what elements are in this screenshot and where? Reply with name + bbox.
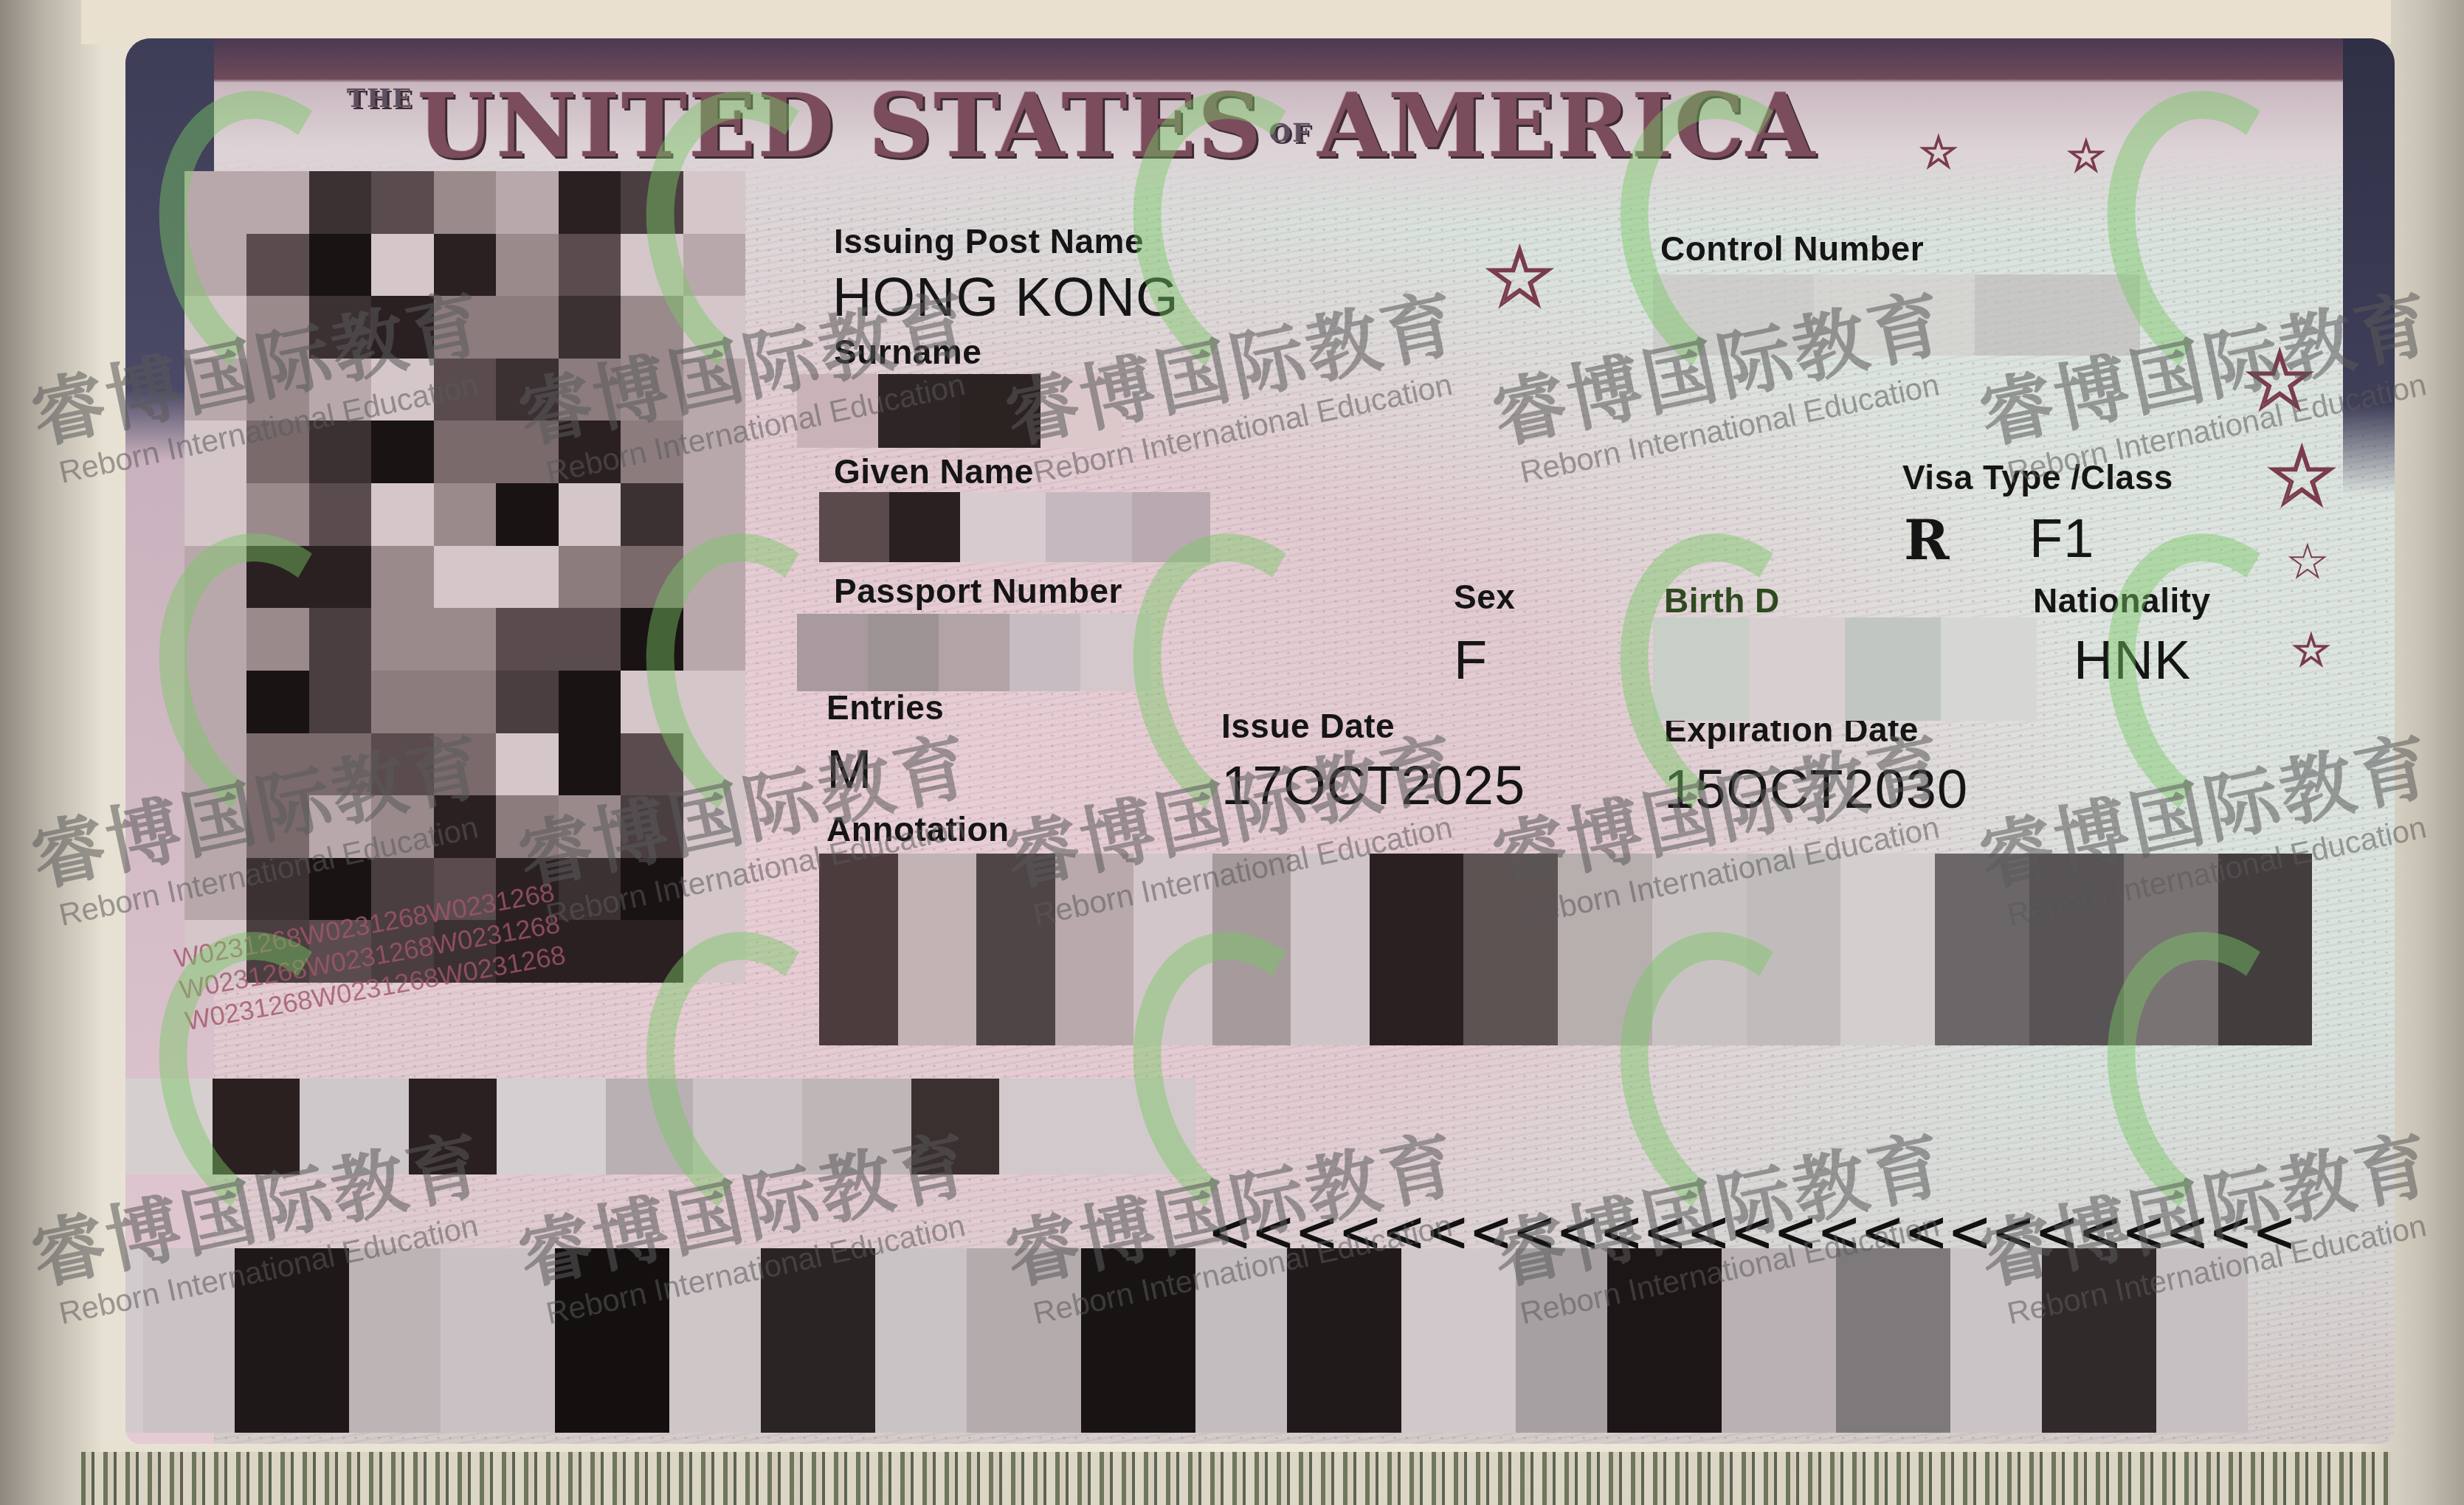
right-security-border — [2343, 38, 2395, 496]
photo-pixel — [683, 858, 745, 921]
mrz-line1-redacted — [125, 1079, 1195, 1174]
photo-pixel — [434, 546, 496, 609]
photo-pixel — [621, 858, 683, 921]
photo-pixel — [246, 733, 308, 796]
photo-pixel — [683, 421, 745, 483]
photo-pixel — [559, 421, 621, 483]
photo-pixel — [371, 795, 433, 858]
photo-pixel — [496, 171, 558, 234]
photo-pixel — [371, 296, 433, 359]
photo-pixel — [184, 671, 246, 733]
expiration-date-value: 15OCT2030 — [1664, 758, 1968, 820]
photo-pixel — [246, 671, 308, 733]
photo-pixel — [309, 296, 371, 359]
star-icon: ☆ — [2291, 629, 2331, 673]
photo-pixel — [184, 546, 246, 609]
photo-pixel — [496, 671, 558, 733]
photo-pixel — [246, 421, 308, 483]
photo-pixel — [621, 296, 683, 359]
photo-pixel — [434, 795, 496, 858]
star-icon: ☆ — [2243, 341, 2316, 422]
photo-pixel — [309, 171, 371, 234]
photo-pixel — [309, 234, 371, 297]
birth-date-label: Birth D — [1664, 581, 1780, 620]
photo-pixel — [246, 483, 308, 546]
photo-pixel — [559, 858, 621, 921]
photo-pixel — [559, 795, 621, 858]
photo-pixel — [559, 171, 621, 234]
photo-pixel — [621, 671, 683, 733]
given-name-redacted — [819, 492, 1210, 562]
photo-pixel — [184, 858, 246, 921]
photo-pixel — [309, 733, 371, 796]
photo-pixel — [559, 359, 621, 421]
photo-pixel — [371, 359, 433, 421]
visa-type-class-label: Visa Type /Class — [1902, 457, 2173, 497]
photo-pixel — [246, 546, 308, 609]
photo-pixel — [434, 421, 496, 483]
photo-pixel — [683, 483, 745, 546]
title-united-states: UNITED STATES — [417, 74, 1263, 178]
given-name-label: Given Name — [834, 451, 1034, 491]
photo-pixel — [683, 296, 745, 359]
photo-pixel — [683, 671, 745, 733]
surname-label: Surname — [834, 332, 981, 372]
issue-date-label: Issue Date — [1221, 706, 1395, 746]
photo-pixel — [371, 421, 433, 483]
photo-pixel — [496, 296, 558, 359]
photo-pixel — [246, 171, 308, 234]
photo-pixel — [559, 546, 621, 609]
photo-pixel — [371, 171, 433, 234]
photo-pixel — [559, 920, 621, 983]
visa-class-value: F1 — [2029, 507, 2094, 570]
photo-pixel — [246, 795, 308, 858]
photo-pixel — [559, 483, 621, 546]
photo-pixel — [184, 608, 246, 671]
issue-date-value: 17OCT2025 — [1221, 754, 1525, 817]
photo-pixel — [246, 858, 308, 921]
photo-pixel — [683, 359, 745, 421]
photo-pixel — [683, 171, 745, 234]
photo-pixel — [184, 234, 246, 297]
photo-pixel — [683, 608, 745, 671]
issuing-post-value: HONG KONG — [832, 266, 1178, 328]
photo-pixel — [683, 795, 745, 858]
title-america: AMERICA — [1318, 74, 1817, 178]
photo-pixel — [184, 483, 246, 546]
photo-pixel — [559, 608, 621, 671]
photo-pixel — [309, 421, 371, 483]
nationality-value: HNK — [2074, 629, 2191, 691]
photo-pixel — [621, 920, 683, 983]
photo-pixel — [246, 359, 308, 421]
photo-pixel — [434, 483, 496, 546]
annotation-redacted — [819, 854, 2391, 1045]
photo-pixel — [371, 608, 433, 671]
photo-pixel — [309, 359, 371, 421]
photo-pixel — [496, 483, 558, 546]
photo-pixel — [309, 671, 371, 733]
star-icon: ☆ — [1483, 238, 1556, 319]
photo-pixel — [184, 296, 246, 359]
photo-pixel — [683, 733, 745, 796]
photo-pixel — [621, 171, 683, 234]
issuing-post-label: Issuing Post Name — [834, 221, 1144, 261]
photo-pixel — [371, 546, 433, 609]
photo-pixel — [496, 546, 558, 609]
photo-pixel — [434, 733, 496, 796]
sex-value: F — [1454, 629, 1488, 691]
photo-pixel — [309, 546, 371, 609]
photo-pixel — [621, 234, 683, 297]
photo-pixel — [621, 483, 683, 546]
photo-pixel — [621, 421, 683, 483]
photo-pixel — [559, 671, 621, 733]
photo-pixel — [184, 421, 246, 483]
nationality-label: Nationality — [2033, 581, 2211, 620]
entries-label: Entries — [826, 688, 944, 727]
entries-value: M — [826, 738, 873, 800]
us-visa-foil: THEUNITED STATESOFAMERICA Issuing Post N… — [125, 38, 2395, 1444]
photo-pixel — [309, 795, 371, 858]
photo-pixel — [371, 234, 433, 297]
photo-pixel — [371, 733, 433, 796]
photo-pixel — [371, 483, 433, 546]
photo-pixel — [246, 608, 308, 671]
photo-pixel — [434, 171, 496, 234]
star-icon: ☆ — [2066, 134, 2106, 179]
document-title: THEUNITED STATESOFAMERICA — [347, 74, 1816, 178]
photo-pixel — [621, 608, 683, 671]
photo-pixel — [496, 608, 558, 671]
photo-pixel — [184, 171, 246, 234]
passport-number-label: Passport Number — [834, 571, 1122, 611]
photo-pixel — [184, 733, 246, 796]
control-number-label: Control Number — [1660, 229, 1924, 269]
star-icon: ☆ — [1919, 131, 1959, 175]
photo-pixel — [496, 234, 558, 297]
photo-pixel — [621, 359, 683, 421]
passport-page-edge — [81, 0, 2391, 44]
photo-pixel — [246, 296, 308, 359]
photo-pixel — [496, 359, 558, 421]
photo-pixel — [496, 795, 558, 858]
photo-pixel — [559, 296, 621, 359]
photo-pixel — [496, 733, 558, 796]
star-icon: ★ — [2288, 540, 2327, 584]
photo-pixel — [496, 421, 558, 483]
surname-redacted — [797, 374, 1122, 448]
photo-pixel — [309, 483, 371, 546]
photo-pixel — [184, 359, 246, 421]
control-number-redacted — [1653, 274, 2140, 356]
photo-pixel — [434, 296, 496, 359]
photo-pixel — [434, 234, 496, 297]
birth-date-redacted — [1653, 617, 2037, 721]
photo-pixel — [621, 546, 683, 609]
title-of: OF — [1269, 119, 1312, 148]
photo-pixel — [683, 546, 745, 609]
passport-number-redacted — [797, 614, 1151, 691]
mrz-line2-redacted — [125, 1248, 2339, 1433]
photo-pixel — [434, 359, 496, 421]
photo-pixel — [559, 733, 621, 796]
photo-pixel — [371, 671, 433, 733]
next-page-edge — [81, 1452, 2391, 1505]
photo-pixel — [309, 608, 371, 671]
applicant-photo-redacted — [184, 171, 745, 983]
annotation-label: Annotation — [826, 809, 1010, 849]
photo-pixel — [246, 234, 308, 297]
photo-pixel — [559, 234, 621, 297]
visa-type-value: R — [1904, 509, 1950, 572]
photo-pixel — [683, 234, 745, 297]
photo-pixel — [184, 795, 246, 858]
photo-pixel — [434, 671, 496, 733]
title-the: THE — [347, 84, 413, 114]
photo-pixel — [683, 920, 745, 983]
sex-label: Sex — [1454, 577, 1515, 617]
photo-pixel — [621, 733, 683, 796]
star-icon: ☆ — [2265, 437, 2339, 518]
photo-pixel — [434, 608, 496, 671]
photo-pixel — [621, 795, 683, 858]
